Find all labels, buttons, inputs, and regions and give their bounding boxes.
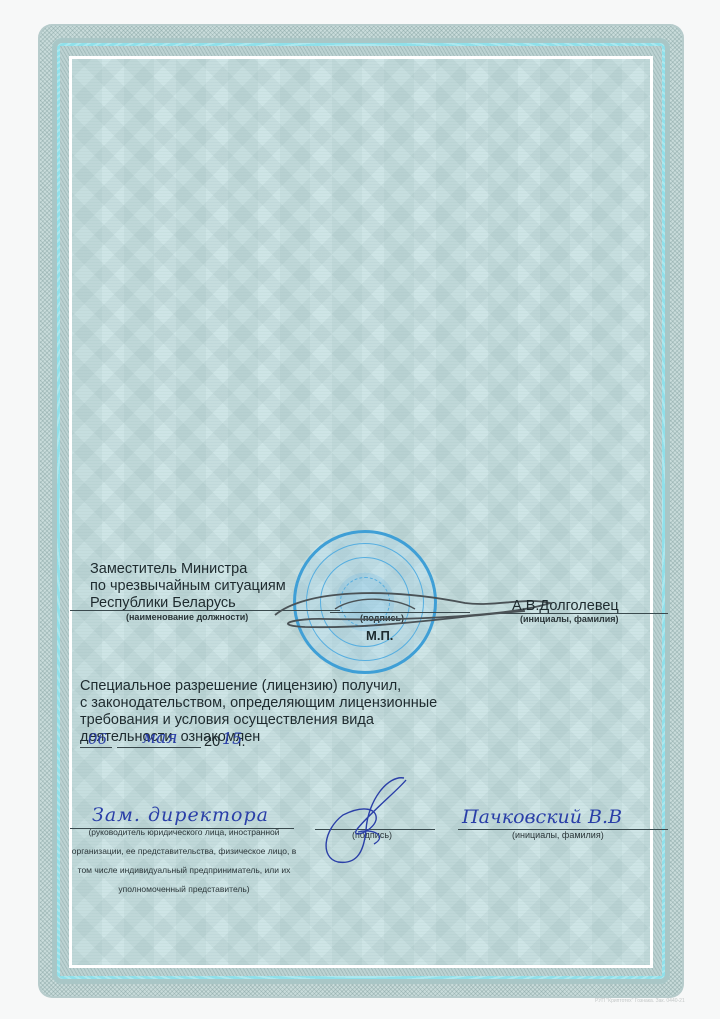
caption-line: уполномоченный представитель): [70, 880, 298, 899]
signatory-name: А.В.Долголевец: [512, 598, 619, 615]
receipt-line: Специальное разрешение (лицензию) получи…: [80, 678, 437, 695]
date-year-suffix: 15: [222, 729, 242, 748]
recipient-name-caption: (инициалы, фамилия): [512, 830, 604, 840]
receipt-statement: Специальное разрешение (лицензию) получи…: [80, 678, 437, 746]
receipt-line: требования и условия осуществления вида: [80, 712, 437, 729]
receipt-line: с законодательством, определяющим лиценз…: [80, 695, 437, 712]
position-line: по чрезвычайным ситуациям: [90, 578, 286, 595]
caption-line: том числе индивидуальный предприниматель…: [70, 861, 298, 880]
recipient-position-handwritten: Зам. директора: [92, 804, 269, 826]
printer-imprint: РУП "Криптотех" Гознака. Зак. 0440-21: [595, 998, 685, 1004]
recipient-signature: [318, 770, 428, 870]
date-year-prefix: 20: [204, 734, 220, 751]
caption-line: организации, ее представительства, физич…: [70, 842, 298, 861]
receipt-line: деятельности, ознакомлен: [80, 729, 437, 746]
seal-placeholder-label: М.П.: [366, 628, 393, 643]
position-line: Заместитель Министра: [90, 561, 286, 578]
name-caption: (инициалы, фамилия): [520, 614, 619, 624]
position-line: Республики Беларусь: [90, 595, 286, 612]
recipient-name-handwritten: Пачковский В.В: [462, 806, 622, 828]
signatory-position: Заместитель Министра по чрезвычайным сит…: [90, 561, 286, 612]
date-day: 06: [88, 730, 107, 748]
position-caption: (наименование должности): [126, 612, 248, 622]
recipient-position-caption: (руководитель юридического лица, иностра…: [70, 823, 298, 899]
date-month: мая: [142, 728, 178, 748]
